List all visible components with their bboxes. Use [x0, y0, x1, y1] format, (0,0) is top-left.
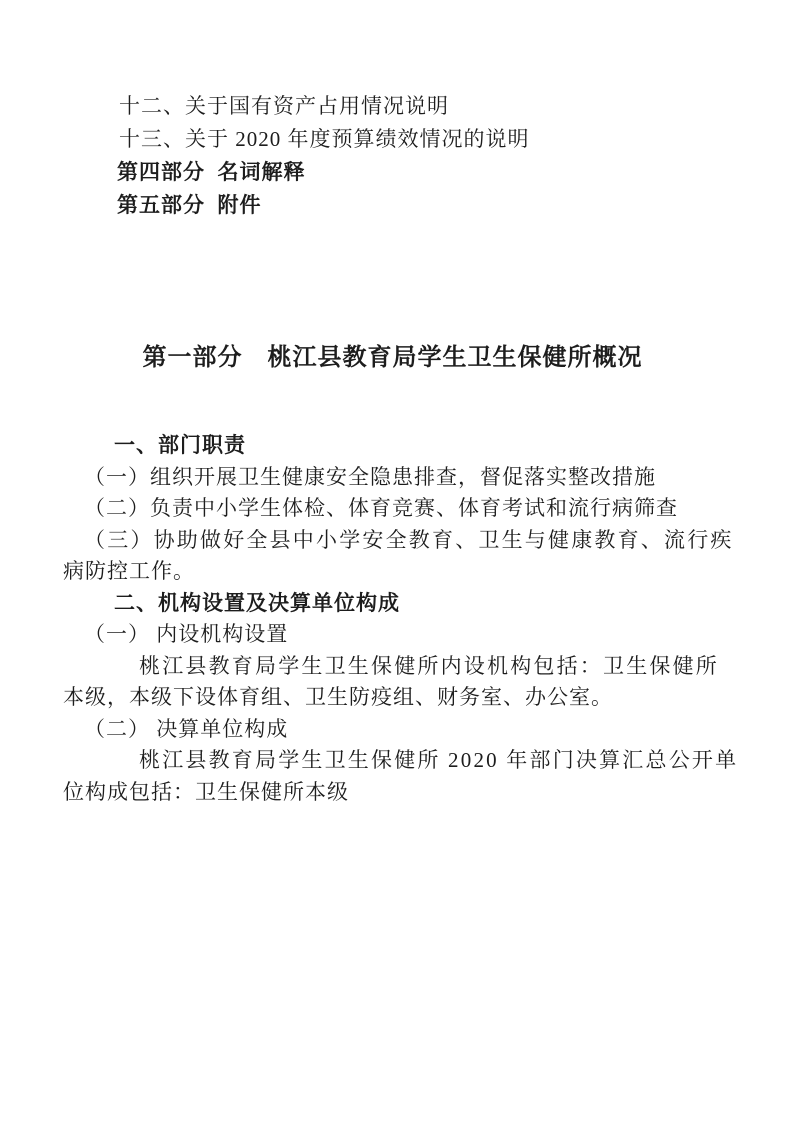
toc-line: 十三、关于 2020 年度预算绩效情况的说明	[63, 123, 722, 156]
paragraph-line: （三）协助做好全县中小学安全教育、卫生与健康教育、流行疾	[63, 525, 722, 557]
subsection-heading: 一、部门职责	[63, 430, 722, 462]
paragraph-line: 本级，本级下设体育组、卫生防疫组、财务室、办公室。	[63, 682, 722, 714]
toc-line: 十二、关于国有资产占用情况说明	[63, 90, 722, 123]
subsection-heading: 二、机构设置及决算单位构成	[63, 588, 722, 620]
paragraph-line: 病防控工作。	[63, 556, 722, 588]
paragraph-line: （二） 决算单位构成	[63, 714, 722, 746]
paragraph-line: 位构成包括：卫生保健所本级	[63, 777, 722, 809]
section-title: 第一部分 桃江县教育局学生卫生保健所概况	[63, 336, 722, 380]
document-page: 十二、关于国有资产占用情况说明 十三、关于 2020 年度预算绩效情况的说明 第…	[0, 0, 793, 1122]
table-of-contents: 十二、关于国有资产占用情况说明 十三、关于 2020 年度预算绩效情况的说明 第…	[63, 90, 722, 222]
section-body: 一、部门职责 （一）组织开展卫生健康安全隐患排查，督促落实整改措施 （二）负责中…	[63, 430, 722, 808]
paragraph-line: （二）负责中小学生体检、体育竞赛、体育考试和流行病筛查	[63, 493, 722, 525]
toc-part-heading: 第四部分 名词解释	[63, 156, 722, 189]
page-content: 十二、关于国有资产占用情况说明 十三、关于 2020 年度预算绩效情况的说明 第…	[0, 0, 793, 808]
paragraph-line: 桃江县教育局学生卫生保健所 2020 年部门决算汇总公开单	[63, 745, 722, 777]
toc-part-heading: 第五部分 附件	[63, 189, 722, 222]
paragraph-line: （一） 内设机构设置	[63, 619, 722, 651]
paragraph-line: （一）组织开展卫生健康安全隐患排查，督促落实整改措施	[63, 462, 722, 494]
paragraph-line: 桃江县教育局学生卫生保健所内设机构包括：卫生保健所	[63, 651, 722, 683]
